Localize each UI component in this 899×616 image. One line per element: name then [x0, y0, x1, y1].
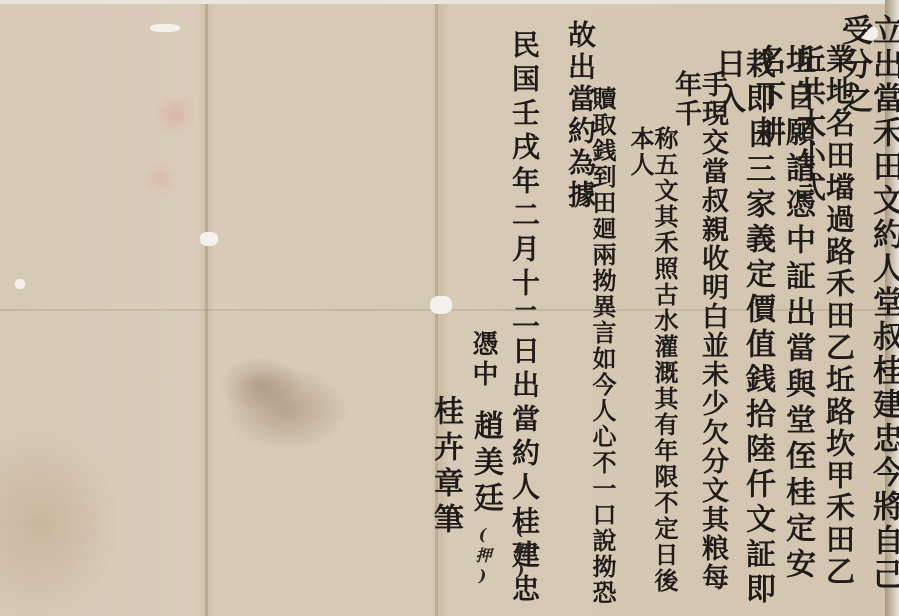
paper-tear — [430, 296, 452, 314]
witness-label: 憑中 — [470, 330, 496, 390]
paper-tear — [15, 279, 25, 289]
body-column-8: 故出當約為據 — [566, 20, 594, 212]
witness-mark: (押) — [474, 525, 490, 588]
paper-tear — [200, 232, 218, 246]
scribe-signature: 桂卉章筆 — [430, 395, 460, 539]
paper-tear — [150, 24, 180, 32]
witness-name: 趙美廷 — [470, 410, 500, 518]
signer-mark: (押) — [512, 520, 528, 583]
body-column-5: 手現交當叔親收明白並未少欠分文其粮每年千 — [672, 70, 726, 616]
body-column-6: 称五文其禾照古水灌溉其有年限不定日後本人 — [628, 126, 676, 616]
